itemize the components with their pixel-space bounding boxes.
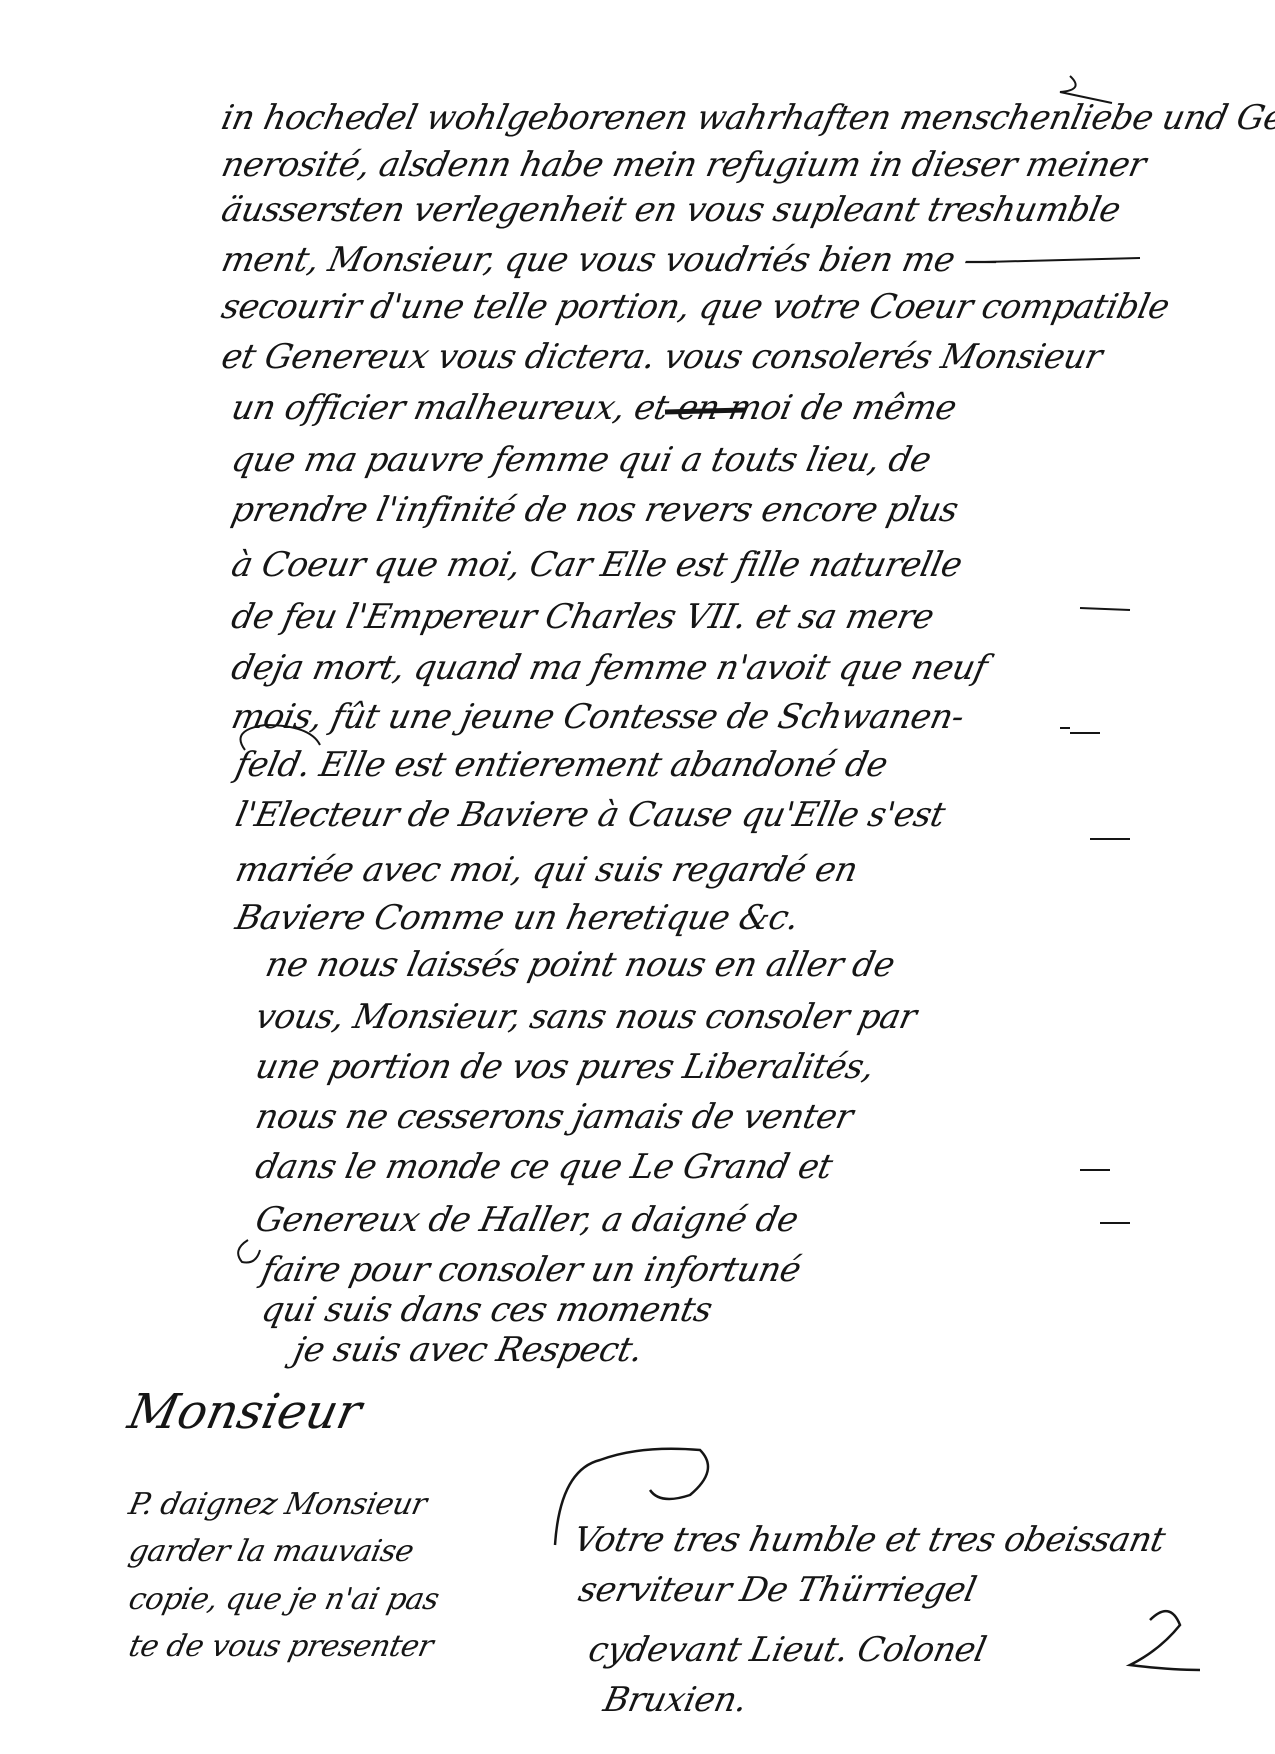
salutation: Monsieur (125, 1392, 365, 1432)
letter-page: in hochedel wohlgeborenen wahrhaften men… (0, 0, 1275, 1754)
body-line: prendre l'infinité de nos revers encore … (228, 490, 962, 530)
body-line: je suis avec Respect. (290, 1330, 646, 1370)
body-line: que ma pauvre femme qui a touts lieu, de (228, 440, 934, 480)
closing-line: Bruxien. (600, 1680, 751, 1720)
body-line: ne nous laissés point nous en aller de (262, 945, 898, 985)
body-line: in hochedel wohlgeborenen wahrhaften men… (218, 98, 1275, 138)
body-line: ment, Monsieur, que vous voudriés bien m… (218, 240, 1002, 280)
body-line: deja mort, quand ma femme n'avoit que ne… (228, 648, 991, 688)
body-line: feld. Elle est entierement abandoné de (232, 745, 891, 785)
body-line: de feu l'Empereur Charles VII. et sa mer… (228, 597, 937, 637)
body-line: un officier malheureux, et en moi de mêm… (228, 388, 960, 428)
body-line: nous ne cesserons jamais de venter (252, 1097, 856, 1137)
body-line: dans le monde ce que Le Grand et (252, 1147, 836, 1187)
closing-line: Votre tres humble et tres obeissant (570, 1520, 1168, 1560)
body-line: mariée avec moi, qui suis regardé en (232, 850, 861, 890)
body-line: nerosité, alsdenn habe mein refugium in … (218, 145, 1149, 185)
postscript-line: P. daignez Monsieur (125, 1485, 430, 1525)
body-line: secourir d'une telle portion, que votre … (218, 287, 1173, 327)
body-line: à Coeur que moi, Car Elle est fille natu… (228, 545, 965, 585)
body-line: qui suis dans ces moments (258, 1290, 716, 1330)
postscript-line: garder la mauvaise (125, 1532, 417, 1572)
closing-line: cydevant Lieut. Colonel (585, 1630, 989, 1670)
body-line: et Genereux vous dictera. vous consoleré… (218, 337, 1106, 377)
body-line: äussersten verlegenheit en vous supleant… (218, 190, 1124, 230)
postscript-line: te de vous presenter (125, 1627, 437, 1667)
body-line: faire pour consoler un infortuné (258, 1250, 804, 1290)
closing-line: serviteur De Thürriegel (575, 1570, 980, 1610)
postscript-line: copie, que je n'ai pas (125, 1580, 442, 1620)
body-line: vous, Monsieur, sans nous consoler par (252, 997, 920, 1037)
body-line: mois, fût une jeune Contesse de Schwanen… (228, 697, 967, 737)
body-line: l'Electeur de Baviere à Cause qu'Elle s'… (232, 795, 948, 835)
body-line: Baviere Comme un heretique &c. (232, 898, 802, 938)
body-line: une portion de vos pures Liberalités, (252, 1047, 878, 1087)
body-line: Genereux de Haller, a daigné de (252, 1200, 802, 1240)
